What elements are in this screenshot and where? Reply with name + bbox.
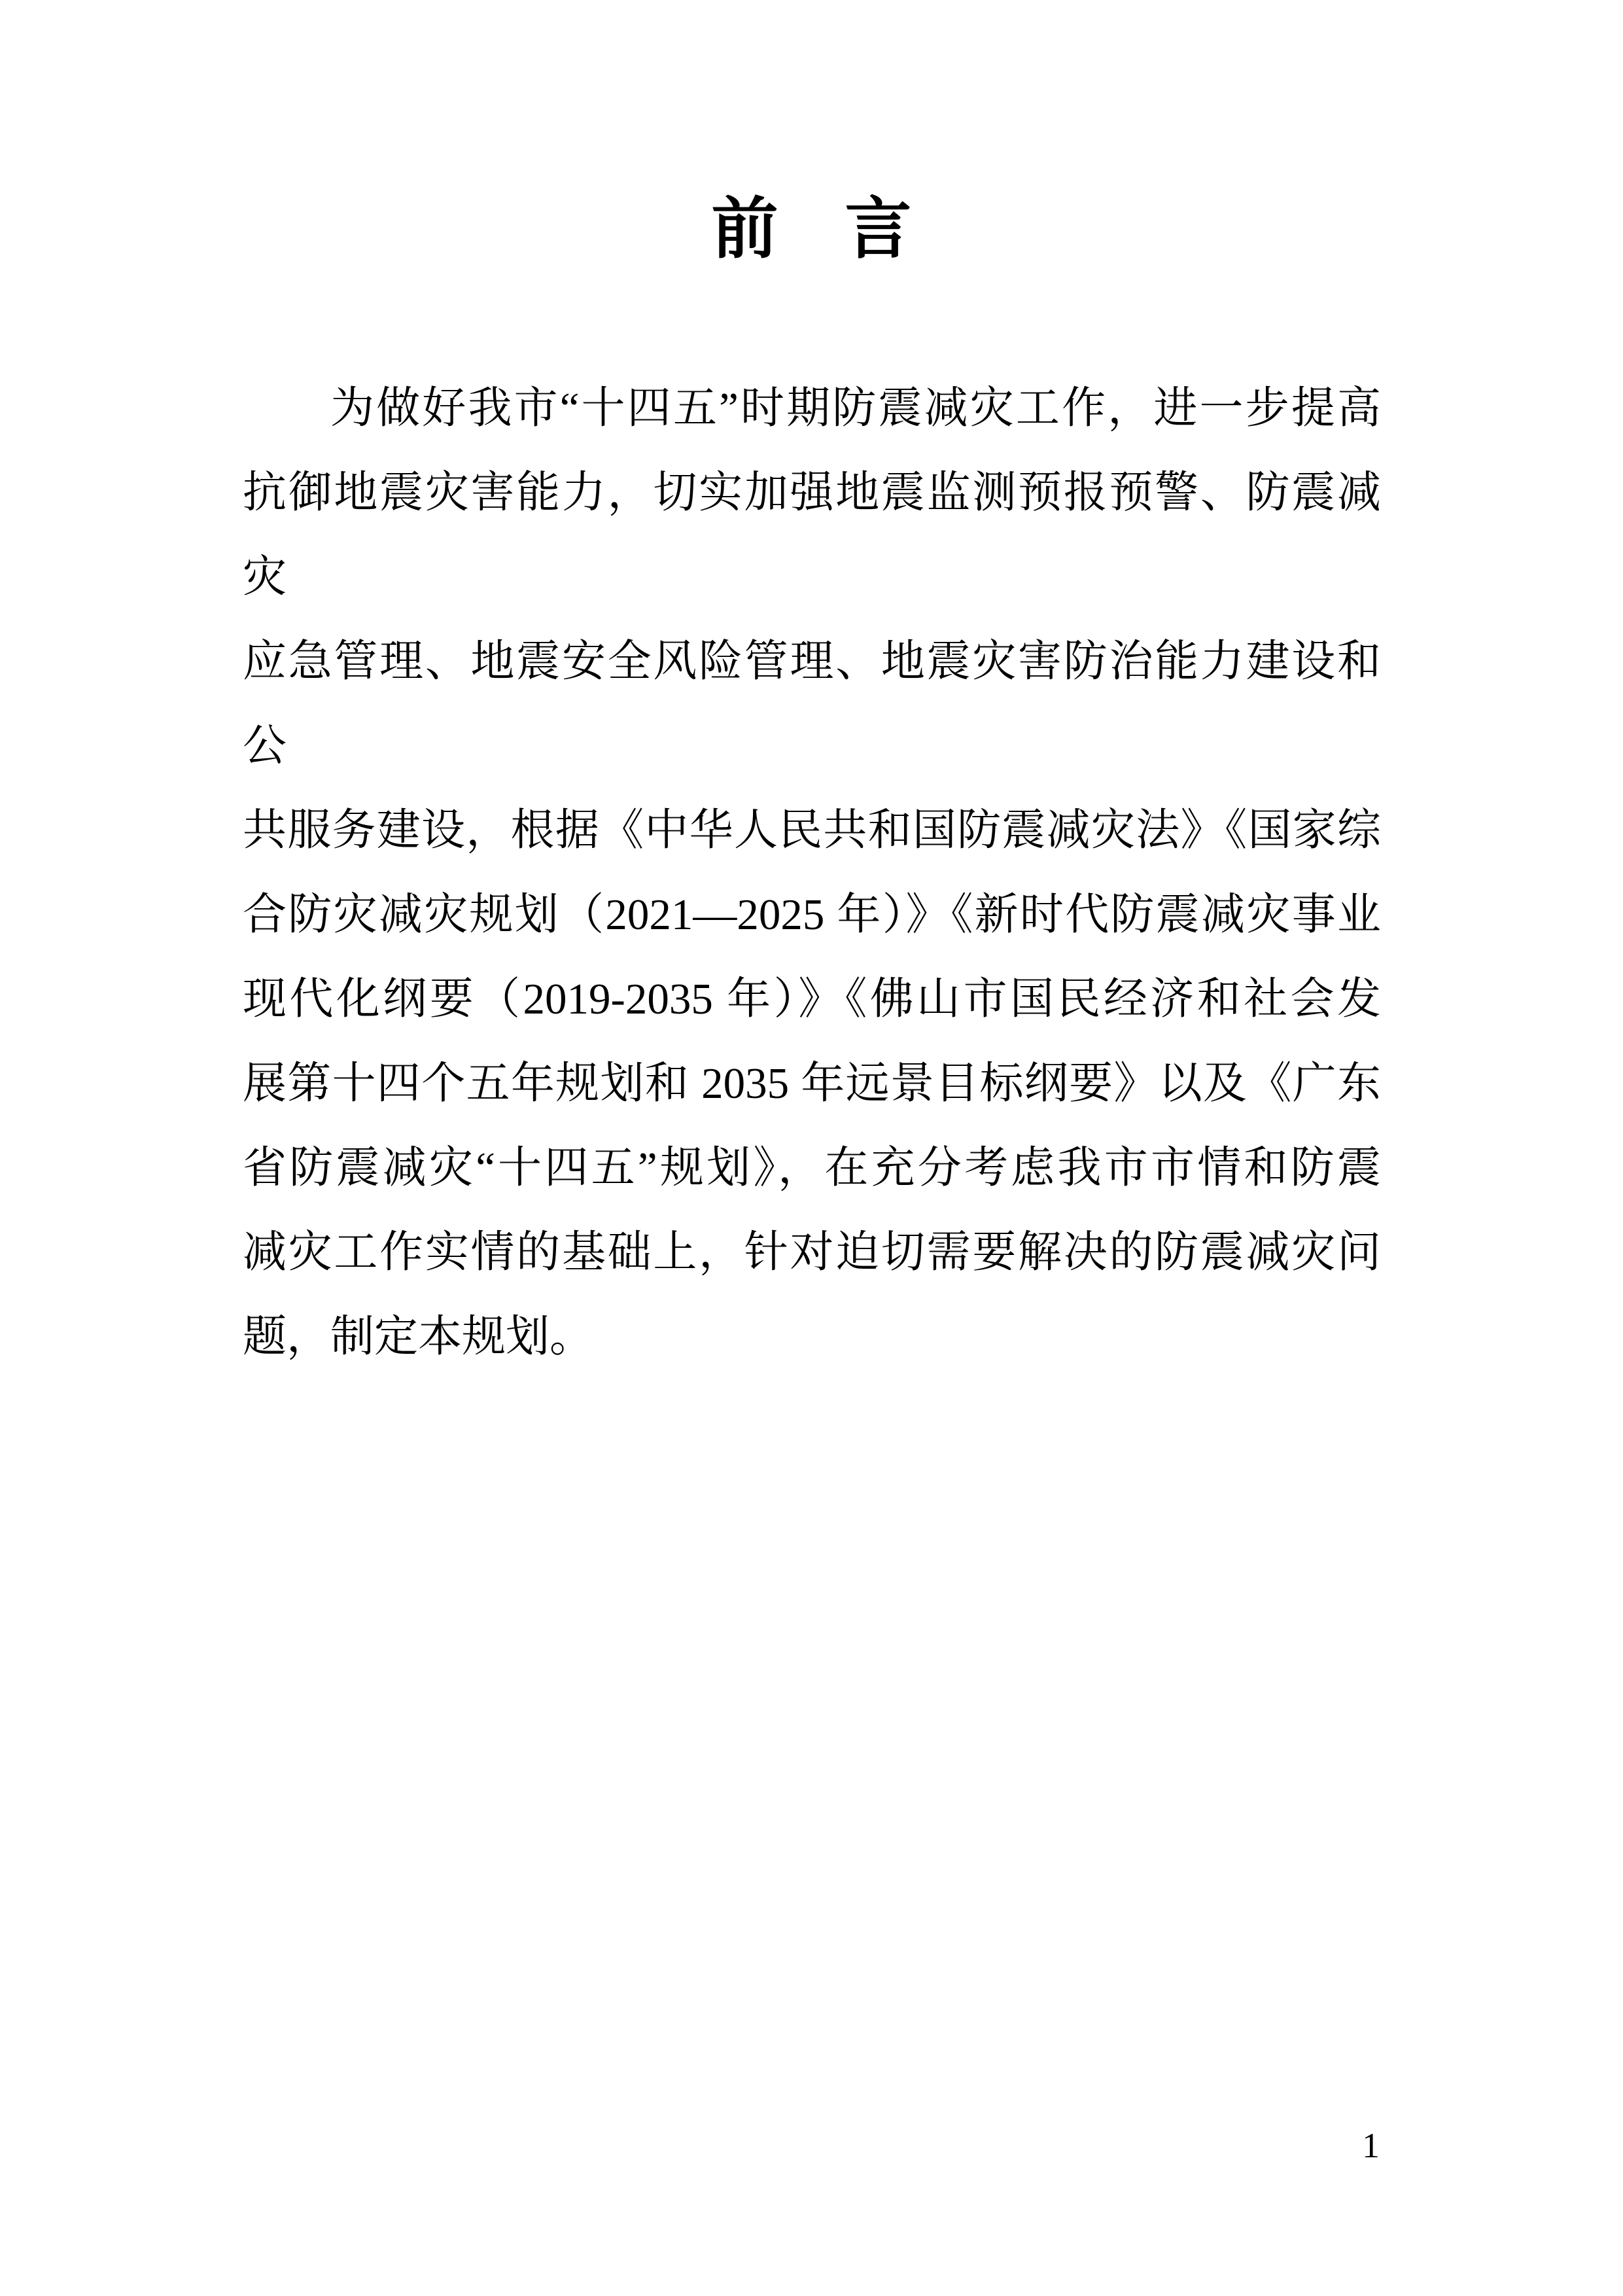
paragraph-line: 应急管理、地震安全风险管理、地震灾害防治能力建设和公 (243, 620, 1381, 788)
document-page: 前 言 为做好我市“十四五”时期防震减灾工作，进一步提高 抗御地震灾害能力，切实… (0, 0, 1623, 2296)
paragraph-line: 为做好我市“十四五”时期防震减灾工作，进一步提高 (243, 366, 1381, 451)
preface-paragraph: 为做好我市“十四五”时期防震减灾工作，进一步提高 抗御地震灾害能力，切实加强地震… (243, 366, 1381, 1379)
paragraph-line: 展第十四个五年规划和 2035 年远景目标纲要》以及《广东 (243, 1042, 1381, 1126)
paragraph-line: 合防灾减灾规划（2021—2025 年）》《新时代防震减灾事业 (243, 873, 1381, 957)
paragraph-line: 抗御地震灾害能力，切实加强地震监测预报预警、防震减灾 (243, 451, 1381, 620)
paragraph-line: 题，制定本规划。 (243, 1295, 1381, 1379)
paragraph-line: 现代化纲要（2019-2035 年）》《佛山市国民经济和社会发 (243, 957, 1381, 1042)
page-number: 1 (1362, 2127, 1380, 2165)
page-title: 前 言 (0, 194, 1623, 267)
paragraph-line: 省防震减灾“十四五”规划》，在充分考虑我市市情和防震 (243, 1126, 1381, 1210)
paragraph-line: 减灾工作实情的基础上，针对迫切需要解决的防震减灾问 (243, 1210, 1381, 1295)
paragraph-line: 共服务建设，根据《中华人民共和国防震减灾法》《国家综 (243, 788, 1381, 873)
